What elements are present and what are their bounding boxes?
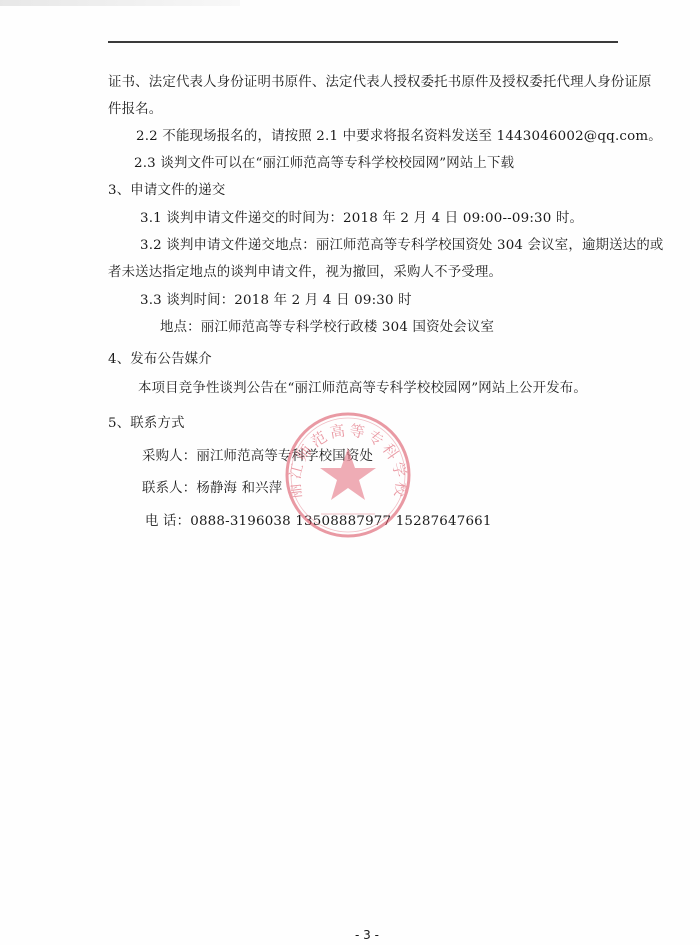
contacts-line: 联系人：杨静海 和兴萍 <box>142 481 282 497</box>
page-number: - 3 - <box>355 928 379 942</box>
header-rule <box>108 41 618 43</box>
item-3-1: 3.1 谈判申请文件递交的时间为：2018 年 2 月 4 日 09:00--0… <box>140 211 583 227</box>
section-heading-3: 3、申请文件的递交 <box>108 183 225 199</box>
item-3-3-location: 地点：丽江师范高等专科学校行政楼 304 国资处会议室 <box>160 320 494 336</box>
section-heading-5: 5、联系方式 <box>108 416 185 432</box>
item-3-2-line1: 3.2 谈判申请文件递交地点：丽江师范高等专科学校国资处 304 会议室，逾期送… <box>140 238 664 254</box>
scan-shadow <box>0 0 240 6</box>
item-3-3: 3.3 谈判时间：2018 年 2 月 4 日 09:30 时 <box>140 293 412 309</box>
paragraph-line: 证书、法定代表人身份证明书原件、法定代表人授权委托书原件及授权委托代理人身份证原 <box>108 75 652 91</box>
paragraph-line: 件报名。 <box>108 102 162 118</box>
item-3-2-line2: 者未送达指定地点的谈判申请文件，视为撤回，采购人不予受理。 <box>108 265 502 281</box>
paragraph-line: 2.3 谈判文件可以在“丽江师范高等专科学校校园网”网站上下载 <box>134 156 514 172</box>
section-4-text: 本项目竞争性谈判公告在“丽江师范高等专科学校校园网”网站上公开发布。 <box>138 381 587 397</box>
paragraph-line: 2.2 不能现场报名的，请按照 2.1 中要求将报名资料发送至 14430460… <box>136 129 662 145</box>
document-page: 证书、法定代表人身份证明书原件、法定代表人授权委托书原件及授权委托代理人身份证原… <box>0 0 700 945</box>
official-seal-icon: 丽江师范高等专科学校 <box>283 410 413 540</box>
section-heading-4: 4、发布公告媒介 <box>108 352 212 368</box>
